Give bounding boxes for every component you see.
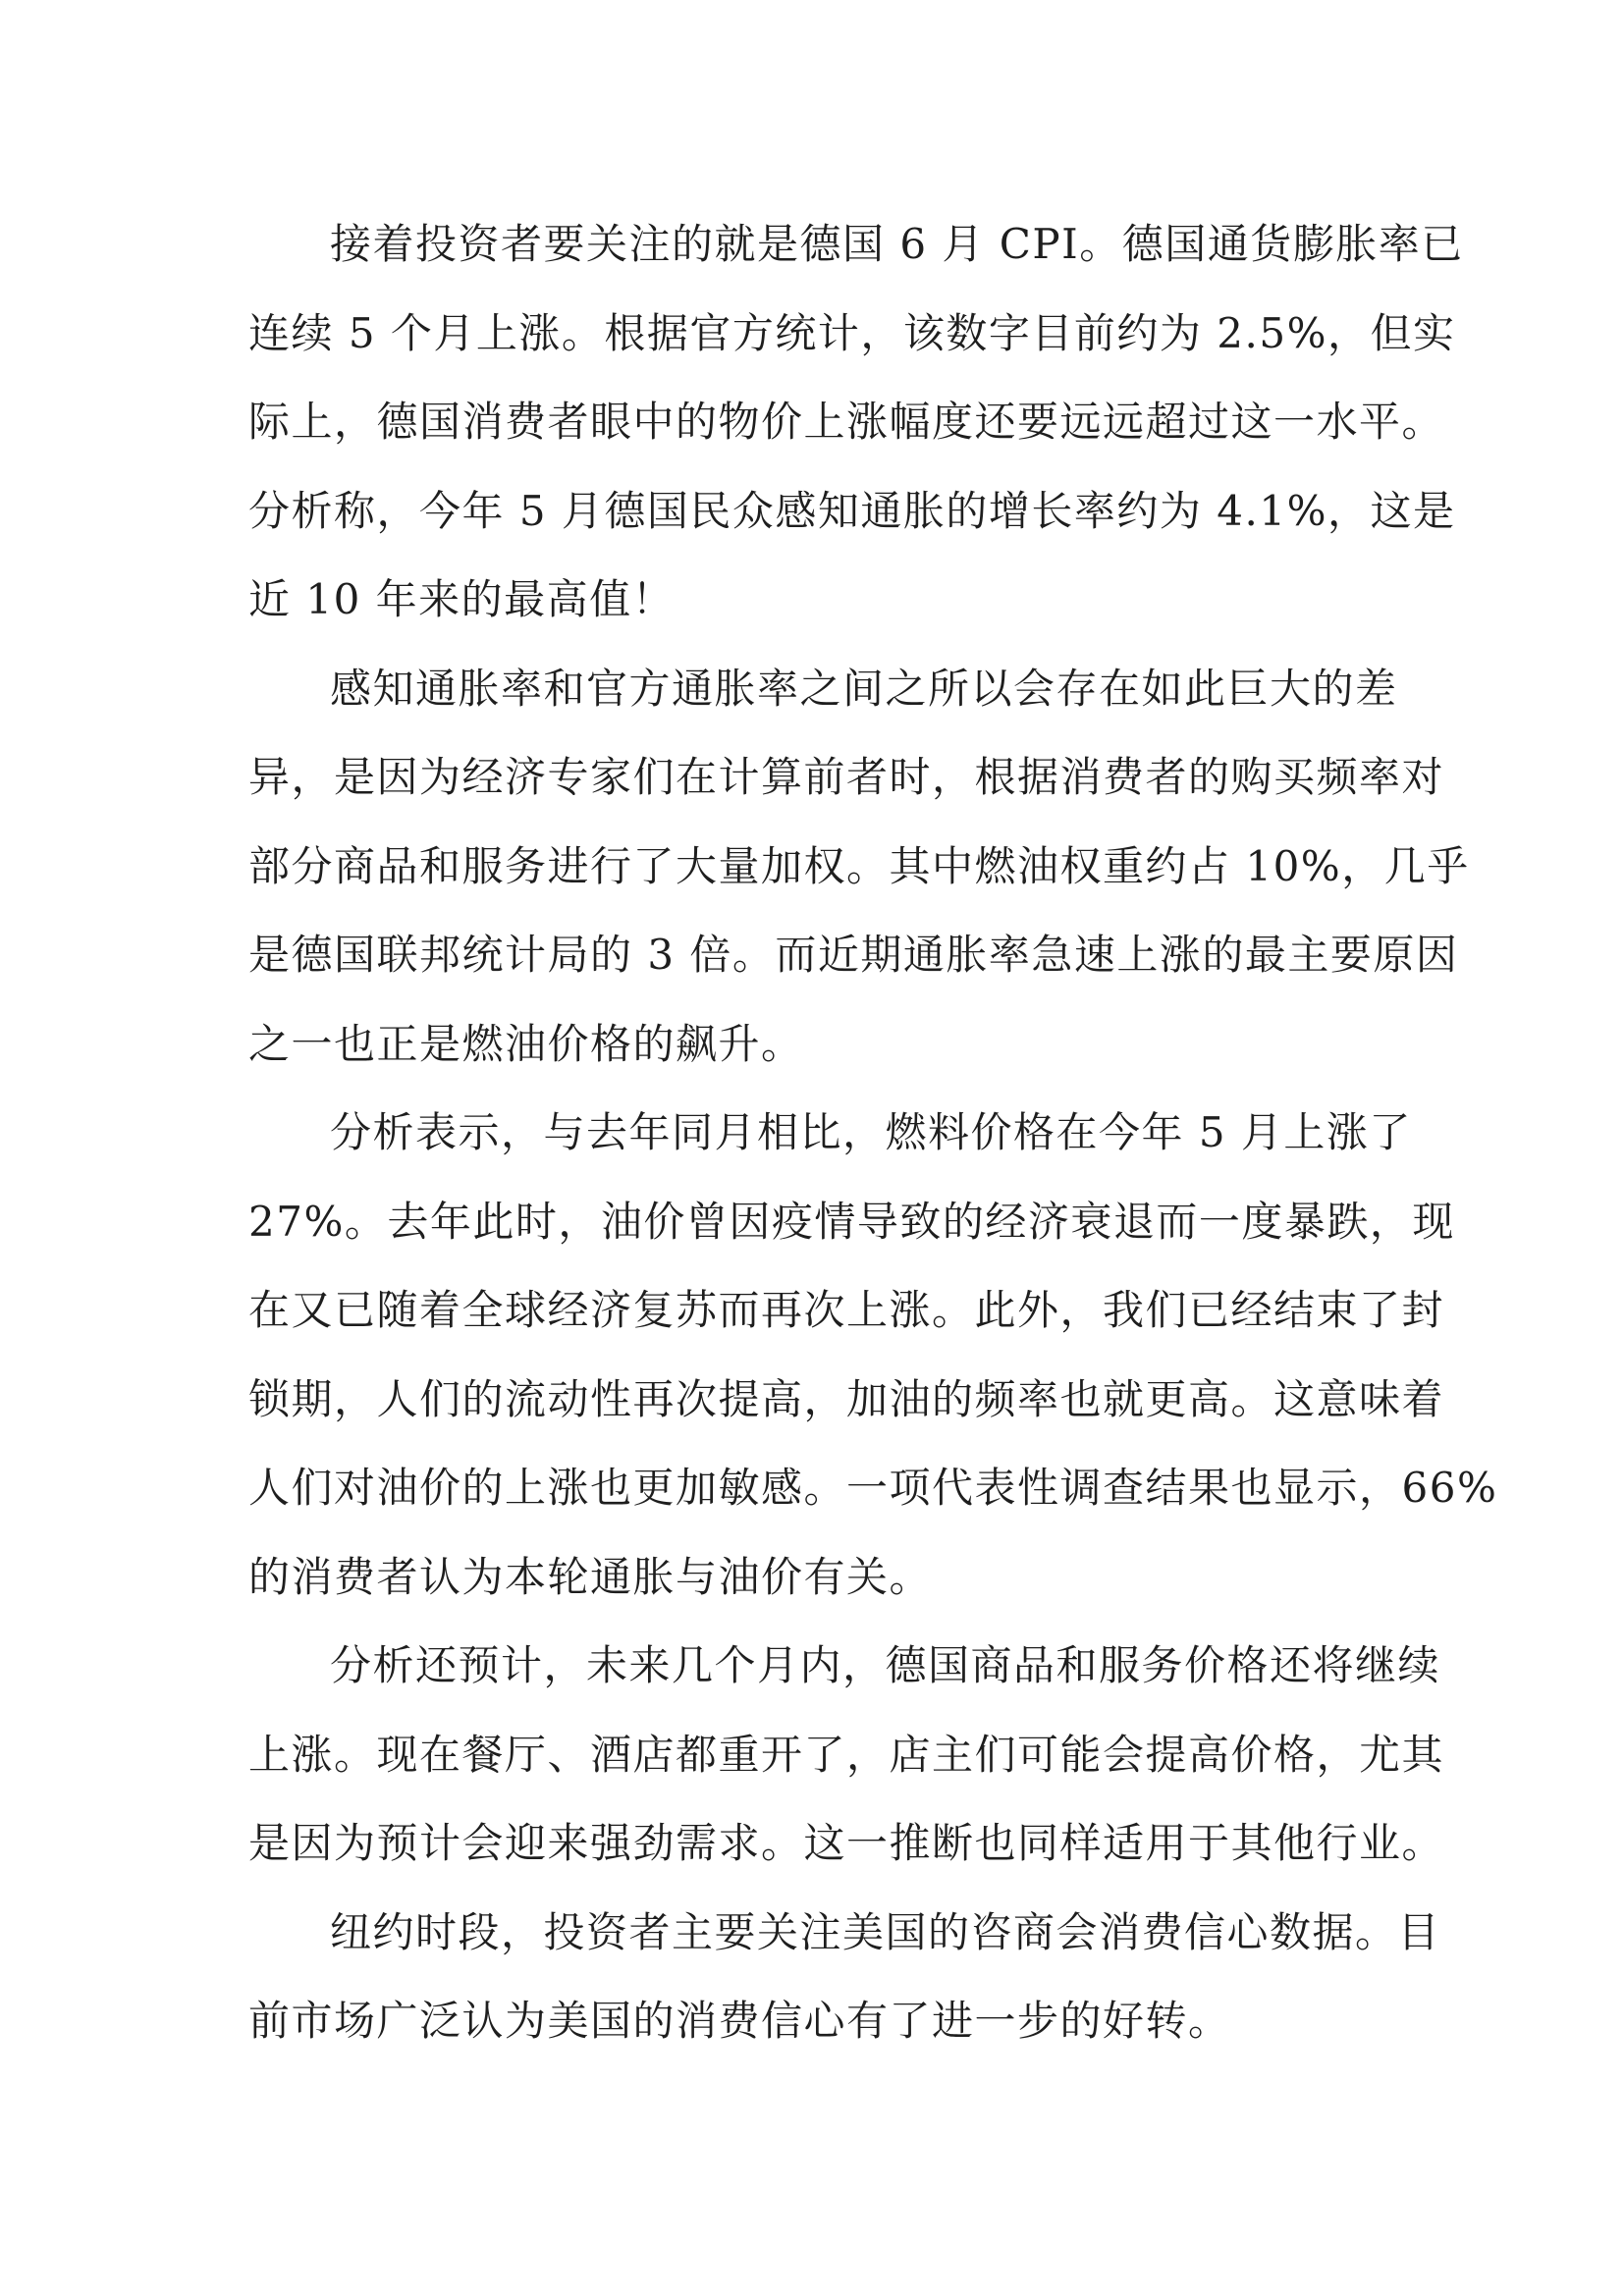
text-line: 部分商品和服务进行了大量加权。其中燃油权重约占 10%，几乎 <box>248 823 1378 912</box>
text-line: 锁期，人们的流动性再次提高，加油的频率也就更高。这意味着 <box>248 1356 1378 1445</box>
text-line: 接着投资者要关注的就是德国 6 月 CPI。德国通货膨胀率已 <box>248 200 1378 290</box>
paragraph-us-consumer-confidence: 纽约时段，投资者主要关注美国的咨商会消费信心数据。目 前市场广泛认为美国的消费信… <box>248 1889 1378 2066</box>
text-line: 是因为预计会迎来强劲需求。这一推断也同样适用于其他行业。 <box>248 1799 1378 1889</box>
text-line: 的消费者认为本轮通胀与油价有关。 <box>248 1533 1378 1623</box>
text-line: 分析表示，与去年同月相比，燃料价格在今年 5 月上涨了 <box>248 1089 1378 1178</box>
paragraph-fuel-prices: 分析表示，与去年同月相比，燃料价格在今年 5 月上涨了 27%。去年此时，油价曾… <box>248 1089 1378 1622</box>
text-line: 连续 5 个月上涨。根据官方统计，该数字目前约为 2.5%，但实 <box>248 290 1378 379</box>
text-line: 上涨。现在餐厅、酒店都重开了，店主们可能会提高价格，尤其 <box>248 1711 1378 1800</box>
text-line: 27%。去年此时，油价曾因疫情导致的经济衰退而一度暴跌，现 <box>248 1178 1378 1267</box>
text-line: 异，是因为经济专家们在计算前者时，根据消费者的购买频率对 <box>248 733 1378 823</box>
paragraph-germany-cpi: 接着投资者要关注的就是德国 6 月 CPI。德国通货膨胀率已 连续 5 个月上涨… <box>248 200 1378 645</box>
text-line: 纽约时段，投资者主要关注美国的咨商会消费信心数据。目 <box>248 1889 1378 1978</box>
text-line: 际上，德国消费者眼中的物价上涨幅度还要远远超过这一水平。 <box>248 378 1378 467</box>
paragraph-price-forecast: 分析还预计，未来几个月内，德国商品和服务价格还将继续 上涨。现在餐厅、酒店都重开… <box>248 1622 1378 1889</box>
text-line: 之一也正是燃油价格的飙升。 <box>248 1000 1378 1090</box>
text-line: 是德国联邦统计局的 3 倍。而近期通胀率急速上涨的最主要原因 <box>248 911 1378 1000</box>
text-line: 近 10 年来的最高值！ <box>248 556 1378 645</box>
text-line: 在又已随着全球经济复苏而再次上涨。此外，我们已经结束了封 <box>248 1266 1378 1356</box>
text-line: 感知通胀率和官方通胀率之间之所以会存在如此巨大的差 <box>248 645 1378 734</box>
paragraph-perceived-inflation: 感知通胀率和官方通胀率之间之所以会存在如此巨大的差 异，是因为经济专家们在计算前… <box>248 645 1378 1090</box>
text-line: 分析还预计，未来几个月内，德国商品和服务价格还将继续 <box>248 1622 1378 1711</box>
text-line: 分析称，今年 5 月德国民众感知通胀的增长率约为 4.1%，这是 <box>248 467 1378 557</box>
text-line: 人们对油价的上涨也更加敏感。一项代表性调查结果也显示，66% <box>248 1444 1378 1533</box>
text-line: 前市场广泛认为美国的消费信心有了进一步的好转。 <box>248 1977 1378 2066</box>
document-page: 接着投资者要关注的就是德国 6 月 CPI。德国通货膨胀率已 连续 5 个月上涨… <box>248 200 1378 2066</box>
